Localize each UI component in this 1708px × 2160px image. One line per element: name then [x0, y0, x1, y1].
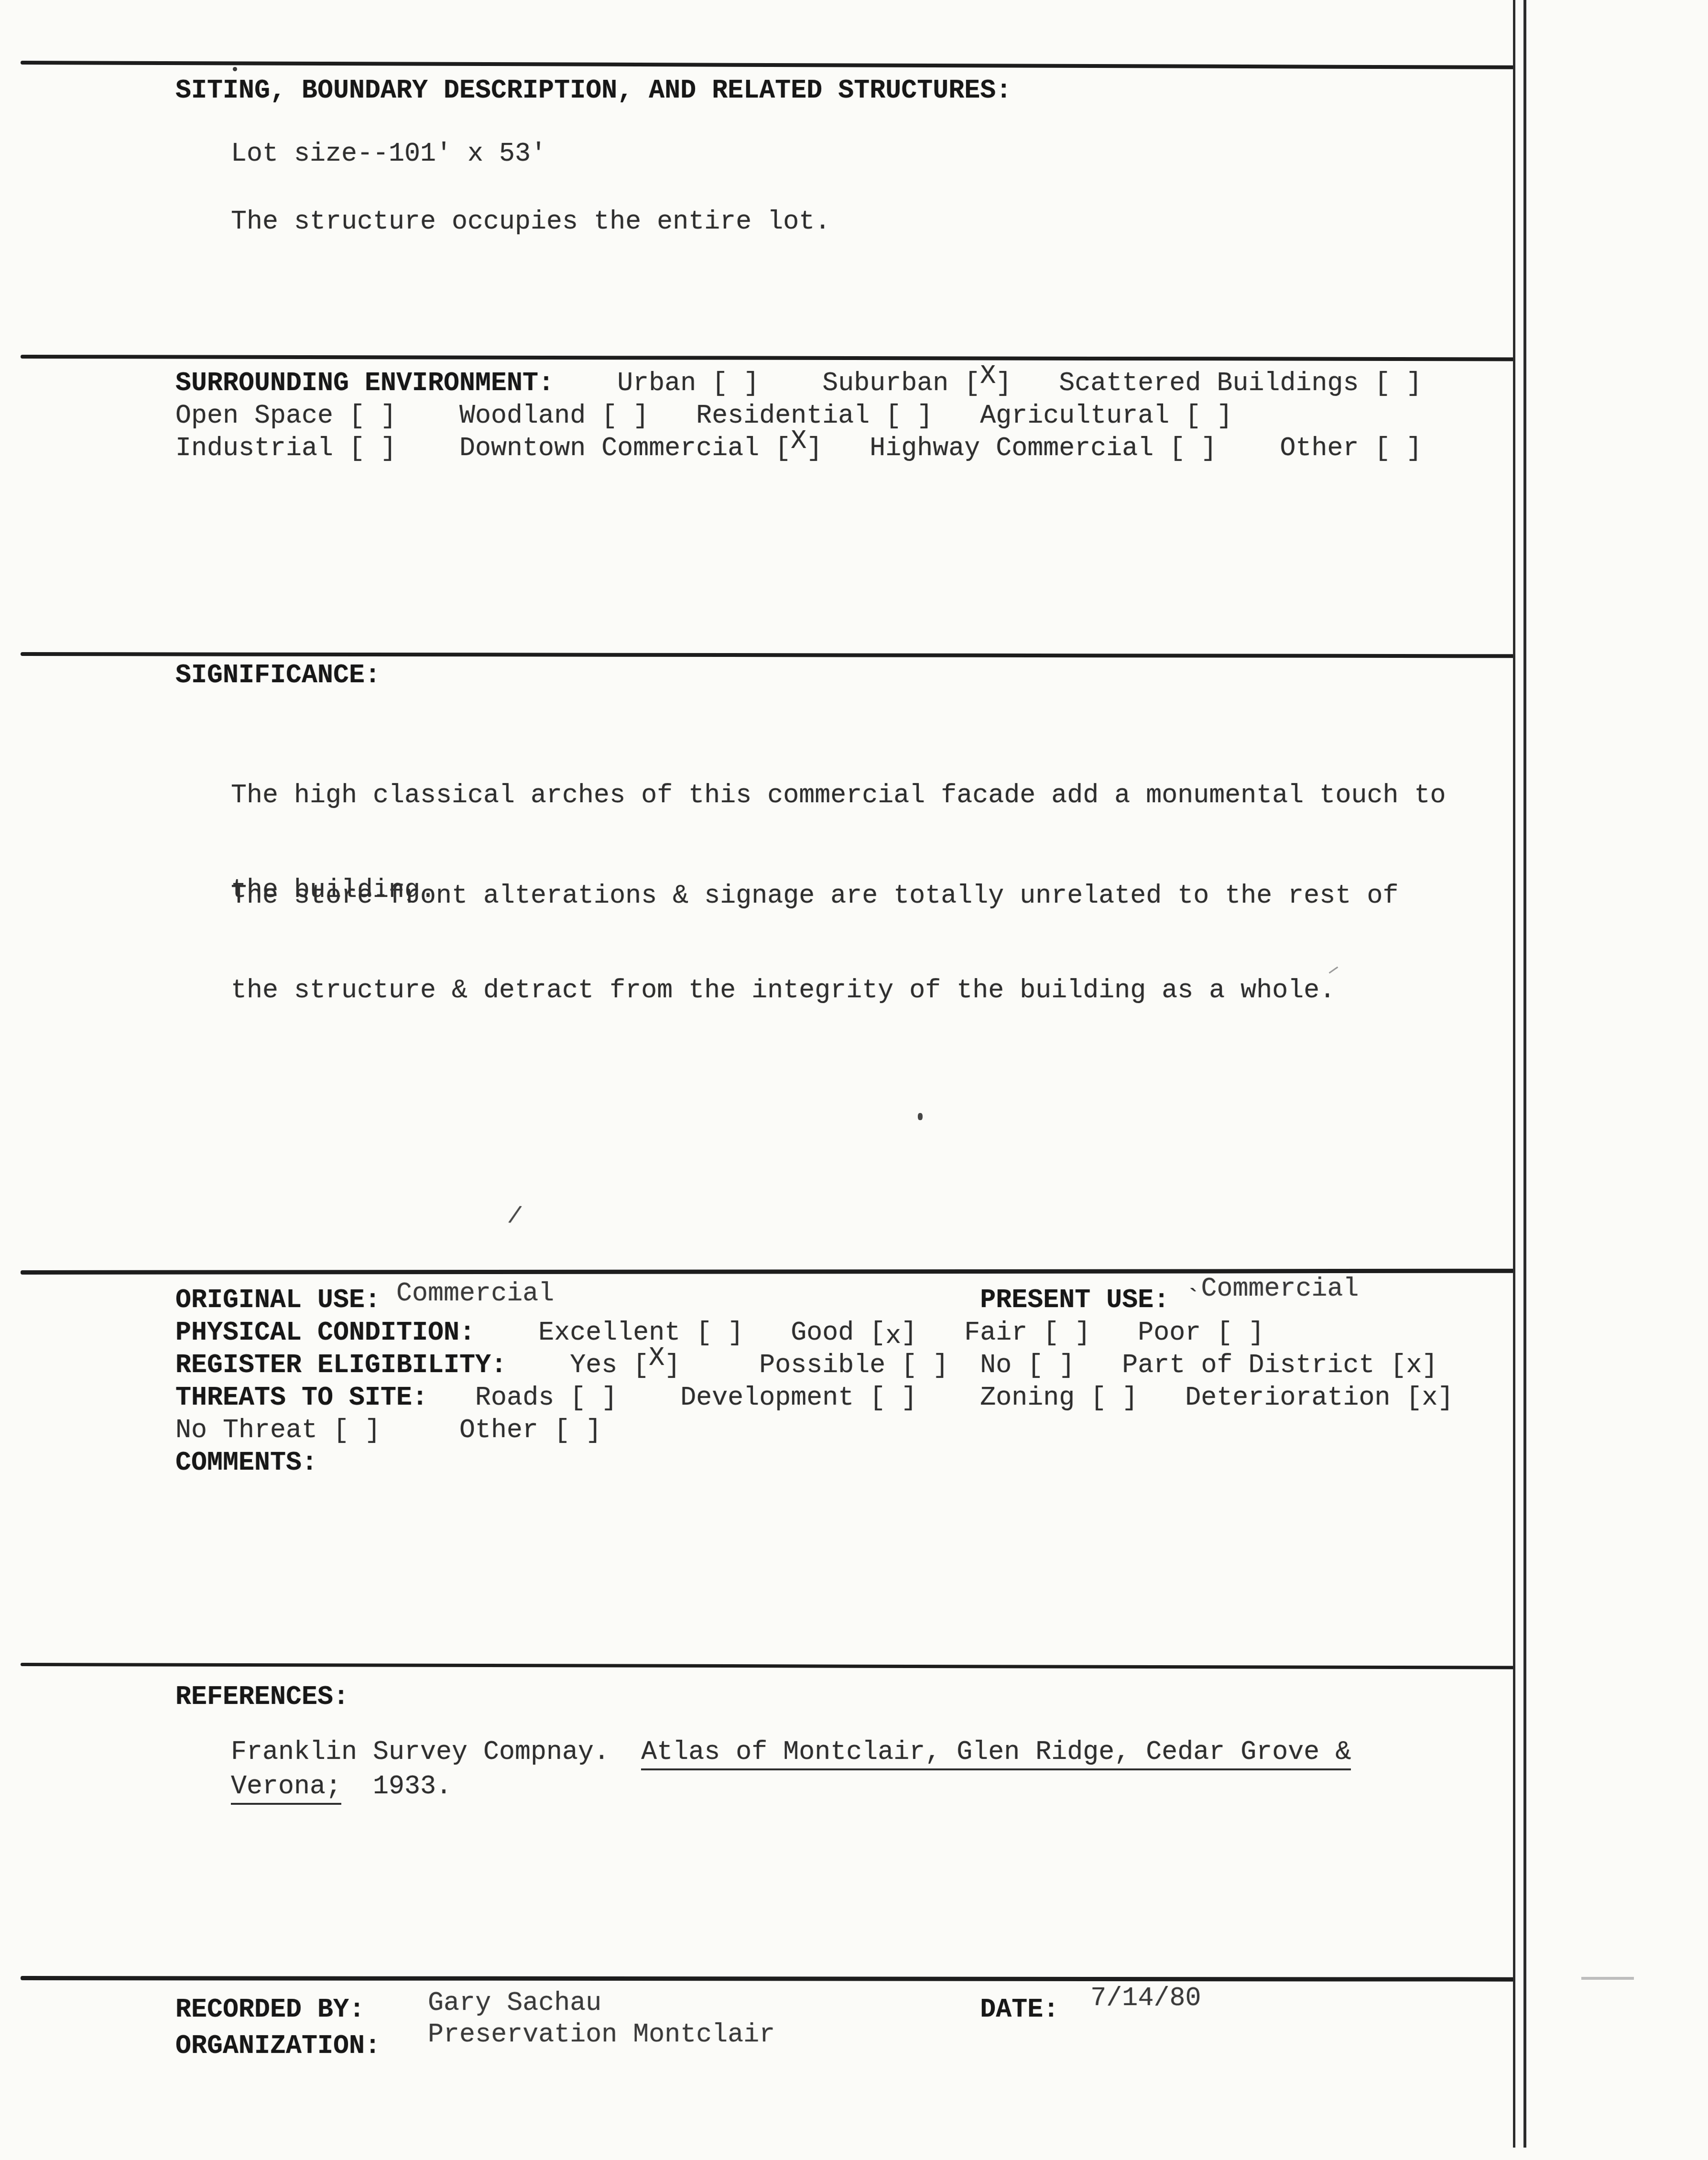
text-segment: Preservation Montclair	[428, 2019, 775, 2050]
field-label: THREATS TO SITE:	[175, 1383, 428, 1413]
text-line: SURROUNDING ENVIRONMENT: Urban [ ] Subur…	[175, 367, 1422, 400]
text-segment: 1933.	[341, 1771, 452, 1801]
text-segment: Urban [ ] Suburban [	[554, 368, 980, 398]
text-segment: ] Highway Commercial [ ] Other [ ]	[806, 433, 1422, 463]
text-segment: Roads [ ] Development [ ] Zoning [ ] Det…	[428, 1383, 1453, 1413]
text-segment: 7/14/80	[1090, 1983, 1201, 2013]
text-segment: ] Scattered Buildings [ ]	[996, 368, 1422, 398]
text-segment	[381, 1285, 396, 1315]
text-segment: Atlas of Montclair, Glen Ridge, Cedar Gr…	[641, 1737, 1351, 1770]
recorded-by-block: RECORDED BY: Gary Sachau DATE: 7/14/80OR…	[175, 1992, 1201, 2064]
text-line: The store-front alterations & signage ar…	[231, 880, 1398, 912]
text-segment	[554, 1285, 980, 1315]
text-line: Verona; 1933.	[231, 1769, 1351, 1804]
text-line: ORGANIZATION: Preservation Montclair	[175, 2028, 1201, 2064]
significance-paragraph-2: The store-front alterations & signage ar…	[231, 817, 1398, 1038]
text-segment: Commercial	[396, 1278, 554, 1309]
text-segment: X	[649, 1343, 664, 1373]
text-segment: ] Possible [ ] No [ ] Part of District […	[664, 1350, 1437, 1380]
text-segment: Commercial	[1201, 1274, 1359, 1304]
field-label: DATE:	[980, 1995, 1059, 2025]
text-segment: Verona;	[231, 1771, 341, 1805]
field-label: PHYSICAL CONDITION:	[175, 1318, 475, 1348]
text-segment: Gary Sachau	[428, 1988, 601, 2018]
text-segment: Open Space [ ] Woodland [ ] Residential …	[175, 401, 1232, 431]
reference-citation: Franklin Survey Compnay. Atlas of Montcl…	[231, 1735, 1351, 1804]
field-label: ORGANIZATION:	[175, 2031, 381, 2061]
text-line: THREATS TO SITE: Roads [ ] Development […	[175, 1382, 1453, 1414]
scanned-survey-form-page: { "page": { "background": "#fbfbf8", "in…	[0, 0, 1708, 2160]
section-divider-line-3	[21, 652, 1514, 658]
text-segment: X	[791, 426, 806, 456]
field-label: ORIGINAL USE:	[175, 1285, 381, 1315]
lot-size-value: Lot size--101' x 53'	[231, 138, 546, 170]
text-line: the structure & detract from the integri…	[231, 975, 1398, 1006]
text-line: Industrial [ ] Downtown Commercial [X] H…	[175, 432, 1422, 465]
scan-speck-dot	[233, 67, 237, 71]
references-section-title: REFERENCES:	[175, 1681, 349, 1713]
text-segment	[381, 2031, 428, 2061]
edge-scan-dash	[1581, 1977, 1634, 1980]
field-label: PRESENT USE:	[980, 1285, 1169, 1315]
text-segment: X	[980, 361, 996, 391]
field-label: REGISTER ELIGIBILITY:	[175, 1350, 507, 1380]
text-segment: Yes [	[507, 1350, 649, 1380]
section-divider-line-5	[21, 1663, 1514, 1669]
text-line: No Threat [ ] Other [ ]	[175, 1414, 1453, 1447]
text-segment: x	[885, 1321, 901, 1351]
text-segment: `	[1169, 1285, 1201, 1315]
text-line: REGISTER ELIGIBILITY: Yes [X] Possible […	[175, 1349, 1453, 1382]
text-segment: ] Fair [ ] Poor [ ]	[901, 1318, 1264, 1348]
stray-pen-mark: /	[506, 1200, 524, 1234]
page-edge-rule-inner	[1513, 0, 1515, 2148]
text-line: ORIGINAL USE: Commercial PRESENT USE: `C…	[175, 1284, 1453, 1317]
section-divider-line-6	[21, 1976, 1514, 1982]
text-segment	[1059, 1995, 1090, 2025]
text-line: COMMENTS:	[175, 1447, 1453, 1479]
text-segment: Excellent [ ] Good [	[475, 1318, 885, 1348]
surrounding-environment-checklist: SURROUNDING ENVIRONMENT: Urban [ ] Subur…	[175, 367, 1422, 465]
text-segment	[365, 1995, 428, 2025]
siting-section-title: SITING, BOUNDARY DESCRIPTION, AND RELATE…	[175, 75, 1012, 107]
text-segment: Industrial [ ] Downtown Commercial [	[175, 433, 791, 463]
text-line: The high classical arches of this commer…	[231, 780, 1446, 811]
field-label: RECORDED BY:	[175, 1995, 365, 2025]
field-label: SURROUNDING ENVIRONMENT:	[175, 368, 554, 398]
scan-speck	[918, 1113, 923, 1120]
structure-occupancy-text: The structure occupies the entire lot.	[231, 206, 830, 238]
field-label: COMMENTS:	[175, 1448, 317, 1478]
section-divider-line-1	[21, 61, 1514, 69]
page-edge-rule-outer	[1523, 0, 1526, 2148]
text-line: PHYSICAL CONDITION: Excellent [ ] Good […	[175, 1317, 1453, 1349]
section-divider-line-2	[21, 355, 1514, 361]
use-condition-eligibility-block: ORIGINAL USE: Commercial PRESENT USE: `C…	[175, 1284, 1453, 1479]
text-segment: No Threat [ ] Other [ ]	[175, 1415, 601, 1445]
text-line: Franklin Survey Compnay. Atlas of Montcl…	[231, 1735, 1351, 1769]
text-segment: Franklin Survey Compnay.	[231, 1737, 641, 1767]
significance-section-title: SIGNIFICANCE:	[175, 659, 381, 692]
